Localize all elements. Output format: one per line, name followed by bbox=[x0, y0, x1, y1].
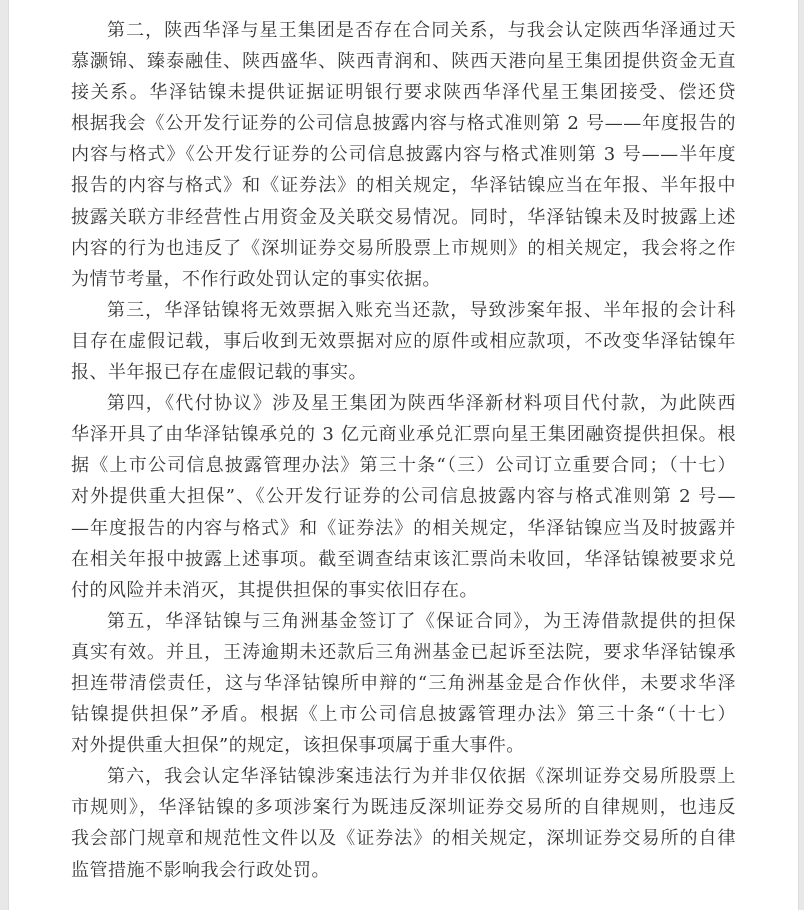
text-line: 内容的行为也违反了《深圳证券交易所股票上市规则》的相关规定，我会将之作 bbox=[71, 233, 736, 264]
text-line: 对外提供重大担保”的规定，该担保事项属于重大事件。 bbox=[71, 730, 736, 761]
paragraph: 第二，陕西华泽与星王集团是否存在合同关系，与我会认定陕西华泽通过天慕灏锦、臻泰融… bbox=[71, 15, 736, 295]
text-line: 接关系。华泽钴镍未提供证据证明银行要求陕西华泽代星王集团接受、偿还贷款。 bbox=[71, 77, 736, 108]
text-line: 监管措施不影响我会行政处罚。 bbox=[71, 855, 736, 886]
paragraph: 第三，华泽钴镍将无效票据入账充当还款，导致涉案年报、半年报的会计科目存在虚假记载… bbox=[71, 295, 736, 388]
document-viewer: 第二，陕西华泽与星王集团是否存在合同关系，与我会认定陕西华泽通过天慕灏锦、臻泰融… bbox=[0, 0, 804, 910]
text-line: 真实有效。并且，王涛逾期未还款后三角洲基金已起诉至法院，要求华泽钴镍承 bbox=[71, 637, 736, 668]
text-line: 为情节考量，不作行政处罚认定的事实依据。 bbox=[71, 264, 736, 295]
text-line: 目存在虚假记载，事后收到无效票据对应的原件或相应款项，不改变华泽钴镍年 bbox=[71, 326, 736, 357]
text-line: 第五，华泽钴镍与三角洲基金签订了《保证合同》，为王涛借款提供的担保 bbox=[71, 606, 736, 637]
text-line: 我会部门规章和规范性文件以及《证券法》的相关规定，深圳证券交易所的自律 bbox=[71, 823, 736, 854]
text-line: 第二，陕西华泽与星王集团是否存在合同关系，与我会认定陕西华泽通过天 bbox=[71, 15, 736, 46]
text-line: 报、半年报已存在虚假记载的事实。 bbox=[71, 357, 736, 388]
text-line: 根据我会《公开发行证券的公司信息披露内容与格式准则第 2 号——年度报告的 bbox=[71, 108, 736, 139]
document-page: 第二，陕西华泽与星王集团是否存在合同关系，与我会认定陕西华泽通过天慕灏锦、臻泰融… bbox=[8, 0, 799, 910]
text-line: 内容与格式》《公开发行证券的公司信息披露内容与格式准则第 3 号——半年度 bbox=[71, 139, 736, 170]
text-line: 第三，华泽钴镍将无效票据入账充当还款，导致涉案年报、半年报的会计科 bbox=[71, 295, 736, 326]
text-line: 市规则》，华泽钴镍的多项涉案行为既违反深圳证券交易所的自律规则，也违反 bbox=[71, 792, 736, 823]
paragraph: 第六，我会认定华泽钴镍涉案违法行为并非仅依据《深圳证券交易所股票上市规则》，华泽… bbox=[71, 761, 736, 885]
text-line: 付的风险并未消灭，其提供担保的事实依旧存在。 bbox=[71, 575, 736, 606]
text-line: 据《上市公司信息披露管理办法》第三十条“（三）公司订立重要合同；（十七） bbox=[71, 450, 736, 481]
text-line: 披露关联方非经营性占用资金及关联交易情况。同时，华泽钴镍未及时披露上述 bbox=[71, 202, 736, 233]
text-line: 钴镍提供担保”矛盾。根据《上市公司信息披露管理办法》第三十条“（十七） bbox=[71, 699, 736, 730]
text-line: 报告的内容与格式》和《证券法》的相关规定，华泽钴镍应当在年报、半年报中 bbox=[71, 170, 736, 201]
text-line: 在相关年报中披露上述事项。截至调查结束该汇票尚未收回，华泽钴镍被要求兑 bbox=[71, 544, 736, 575]
text-line: 对外提供重大担保”、《公开发行证券的公司信息披露内容与格式准则第 2 号— bbox=[71, 481, 736, 512]
text-line: 慕灏锦、臻泰融佳、陕西盛华、陕西青润和、陕西天港向星王集团提供资金无直 bbox=[71, 46, 736, 77]
text-line: 担连带清偿责任，这与华泽钴镍所申辩的“三角洲基金是合作伙伴，未要求华泽 bbox=[71, 668, 736, 699]
text-line: 第六，我会认定华泽钴镍涉案违法行为并非仅依据《深圳证券交易所股票上 bbox=[71, 761, 736, 792]
text-line: 第四，《代付协议》涉及星王集团为陕西华泽新材料项目代付款，为此陕西 bbox=[71, 388, 736, 419]
text-line: 华泽开具了由华泽钴镍承兑的 3 亿元商业承兑汇票向星王集团融资提供担保。根 bbox=[71, 419, 736, 450]
page-content: 第二，陕西华泽与星王集团是否存在合同关系，与我会认定陕西华泽通过天慕灏锦、臻泰融… bbox=[9, 0, 798, 886]
text-line: —年度报告的内容与格式》和《证券法》的相关规定，华泽钴镍应当及时披露并 bbox=[71, 513, 736, 544]
paragraph: 第四，《代付协议》涉及星王集团为陕西华泽新材料项目代付款，为此陕西华泽开具了由华… bbox=[71, 388, 736, 606]
paragraph: 第五，华泽钴镍与三角洲基金签订了《保证合同》，为王涛借款提供的担保真实有效。并且… bbox=[71, 606, 736, 761]
